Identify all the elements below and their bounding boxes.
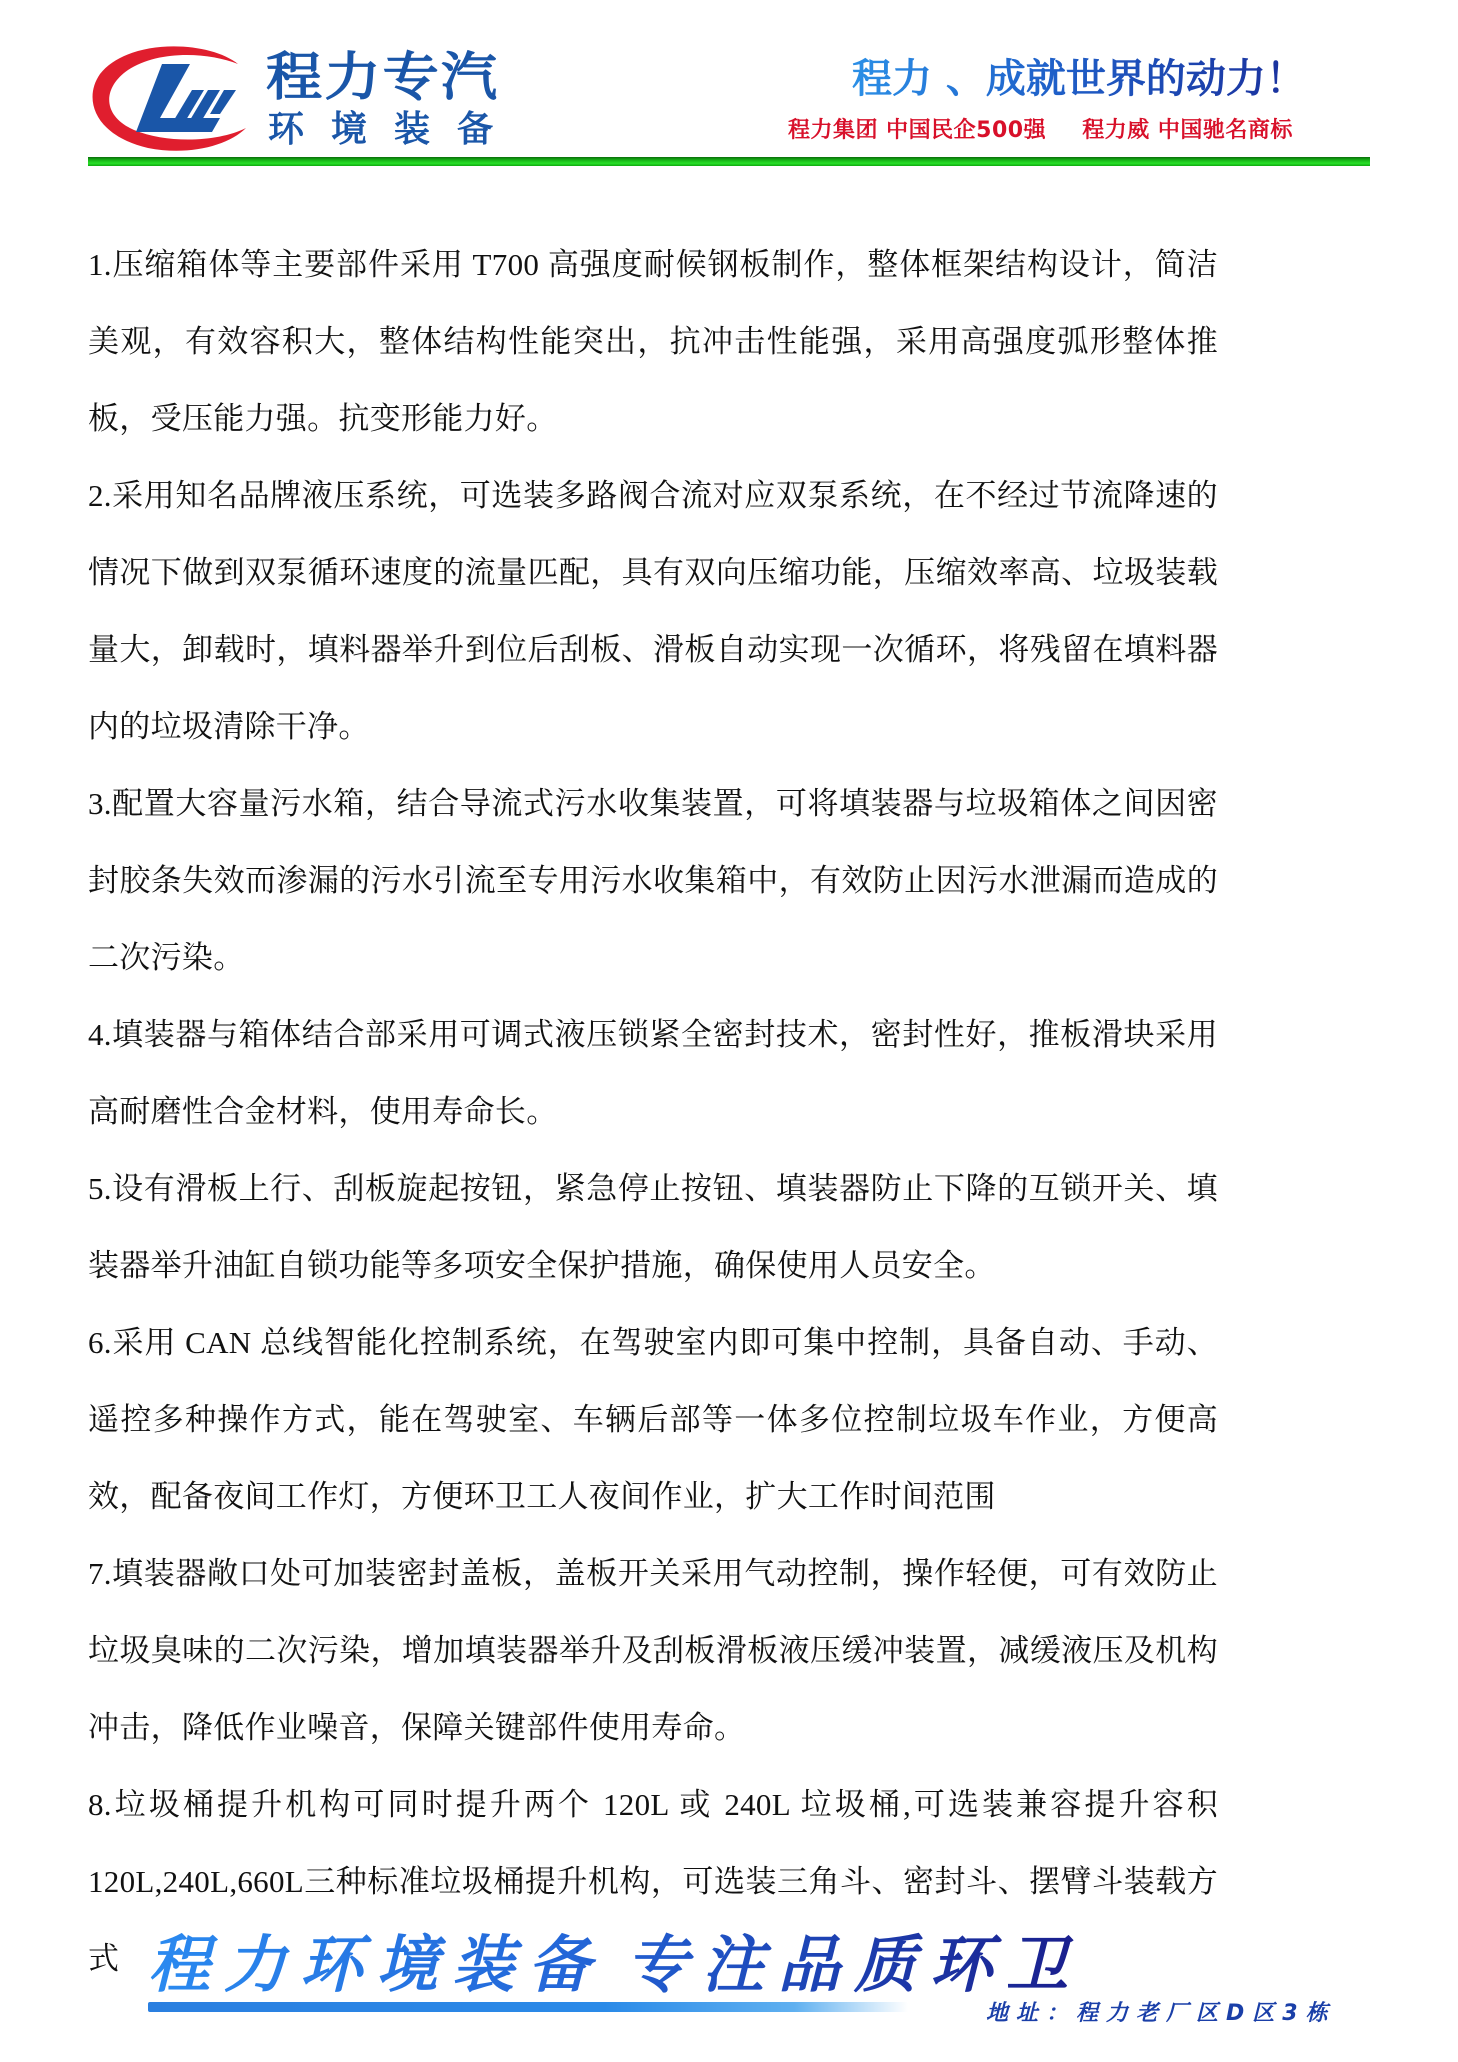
chengli-logo-icon (88, 44, 256, 152)
header-slogan: 程力 、成就世界的动力！ (852, 56, 1306, 102)
tagline-trademark: 程力威 中国驰名商标 (1082, 118, 1293, 143)
feature-item-1: 1.压缩箱体等主要部件采用 T700 高强度耐候钢板制作，整体框架结构设计，简洁… (88, 226, 1218, 457)
feature-item-2: 2.采用知名品牌液压系统，可选装多路阀合流对应双泵系统，在不经过节流降速的情况下… (88, 457, 1218, 765)
tagline-group: 程力集团 中国民企500强 (788, 118, 1046, 143)
feature-list: 1.压缩箱体等主要部件采用 T700 高强度耐候钢板制作，整体框架结构设计，简洁… (88, 226, 1218, 1997)
feature-item-5: 5.设有滑板上行、刮板旋起按钮，紧急停止按钮、填装器防止下降的互锁开关、填装器举… (88, 1150, 1218, 1304)
footer-slogan: 程力环境装备专注品质环卫 (148, 1930, 1082, 2000)
header-tagline: 程力集团 中国民企500强 程力威 中国驰名商标 (788, 118, 1293, 144)
feature-item-3: 3.配置大容量污水箱，结合导流式污水收集装置，可将填装器与垃圾箱体之间因密封胶条… (88, 765, 1218, 996)
feature-item-6: 6.采用 CAN 总线智能化控制系统，在驾驶室内即可集中控制，具备自动、手动、遥… (88, 1304, 1218, 1535)
page-header: 程力专汽 环境装备 程力 、成就世界的动力！ 程力集团 中国民企500强 程力威… (0, 0, 1458, 180)
page-footer: 程力环境装备专注品质环卫 地址：程力老厂区D区3栋 (0, 1920, 1458, 2062)
footer-address: 地址：程力老厂区D区3栋 (986, 2000, 1336, 2028)
header-divider (88, 157, 1370, 166)
footer-divider (148, 2002, 908, 2012)
brand-subtitle: 环境装备 (268, 110, 520, 150)
footer-slogan-right: 专注品质环卫 (626, 1928, 1082, 2001)
feature-item-4: 4.填装器与箱体结合部采用可调式液压锁紧全密封技术，密封性好，推板滑块采用高耐磨… (88, 996, 1218, 1150)
footer-slogan-left: 程力环境装备 (148, 1928, 604, 2001)
feature-item-7: 7.填装器敞口处可加装密封盖板，盖板开关采用气动控制，操作轻便，可有效防止垃圾臭… (88, 1535, 1218, 1766)
brand-name: 程力专汽 (266, 50, 499, 106)
